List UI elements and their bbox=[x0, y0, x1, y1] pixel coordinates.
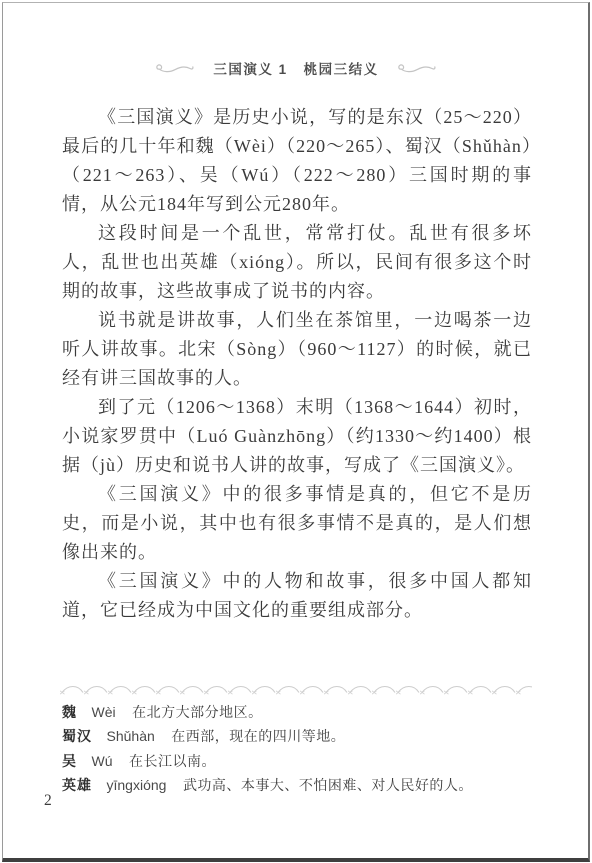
vocab-term: 吴 bbox=[62, 753, 77, 769]
page-number: 2 bbox=[44, 792, 52, 810]
paragraph-5: 《三国演义》中的很多事情是真的，但它不是历史，而是小说，其中也有很多事情不是真的… bbox=[62, 480, 532, 567]
paragraph-2: 这段时间是一个乱世，常常打仗。乱世有很多坏人，乱世也出英雄（xióng）。所以，… bbox=[62, 219, 532, 306]
chapter-title: 三国演义 1 桃园三结义 bbox=[213, 58, 378, 78]
paragraph-3: 说书就是讲故事，人们坐在茶馆里，一边喝茶一边听人讲故事。北宋（Sòng）（960… bbox=[62, 306, 532, 393]
footnote-divider bbox=[60, 684, 532, 697]
vocab-definition: 武功高、本事大、不怕困难、对人民好的人。 bbox=[183, 779, 473, 794]
vocab-pinyin: Shǔhàn bbox=[107, 728, 155, 744]
wave-divider-icon bbox=[60, 684, 532, 697]
lesson-text: 《三国演义》是历史小说，写的是东汉（25～220）最后的几十年和魏（Wèi）（2… bbox=[62, 103, 532, 625]
vocabulary-notes: 魏 Wèi 在北方大部分地区。 蜀汉 Shǔhàn 在西部，现在的四川等地。 吴… bbox=[62, 701, 552, 799]
chapter-title-book: 三国演义 1 bbox=[213, 58, 287, 78]
vocab-pinyin: yīngxióng bbox=[107, 777, 167, 793]
chapter-title-lesson: 桃园三结义 bbox=[304, 58, 379, 78]
vocab-definition: 在北方大部分地区。 bbox=[132, 706, 263, 721]
vocab-entry-yingxiong: 英雄 yīngxióng 武功高、本事大、不怕困难、对人民好的人。 bbox=[62, 774, 552, 798]
swirl-ornament-left-icon bbox=[155, 61, 195, 75]
vocab-definition: 在长江以南。 bbox=[129, 755, 216, 770]
vocab-term: 英雄 bbox=[62, 777, 92, 793]
swirl-ornament-right-icon bbox=[397, 61, 437, 75]
paragraph-1: 《三国演义》是历史小说，写的是东汉（25～220）最后的几十年和魏（Wèi）（2… bbox=[62, 103, 532, 219]
vocab-entry-wu: 吴 Wú 在长江以南。 bbox=[62, 750, 552, 774]
vocab-pinyin: Wèi bbox=[92, 704, 116, 720]
vocab-entry-shuhan: 蜀汉 Shǔhàn 在西部，现在的四川等地。 bbox=[62, 725, 552, 749]
paragraph-6: 《三国演义》中的人物和故事，很多中国人都知道，它已经成为中国文化的重要组成部分。 bbox=[62, 567, 532, 625]
vocab-term: 魏 bbox=[62, 704, 77, 720]
vocab-pinyin: Wú bbox=[92, 753, 113, 769]
page-header: 三国演义 1 桃园三结义 bbox=[0, 58, 592, 78]
vocab-definition: 在西部，现在的四川等地。 bbox=[171, 730, 345, 745]
vocab-entry-wei: 魏 Wèi 在北方大部分地区。 bbox=[62, 701, 552, 725]
paragraph-4: 到了元（1206～1368）末明（1368～1644）初时，小说家罗贯中（Luó… bbox=[62, 393, 532, 480]
vocab-term: 蜀汉 bbox=[62, 728, 92, 744]
book-page: 三国演义 1 桃园三结义 《三国演义》是历史小说，写的是东汉（25～220）最后… bbox=[0, 0, 592, 863]
